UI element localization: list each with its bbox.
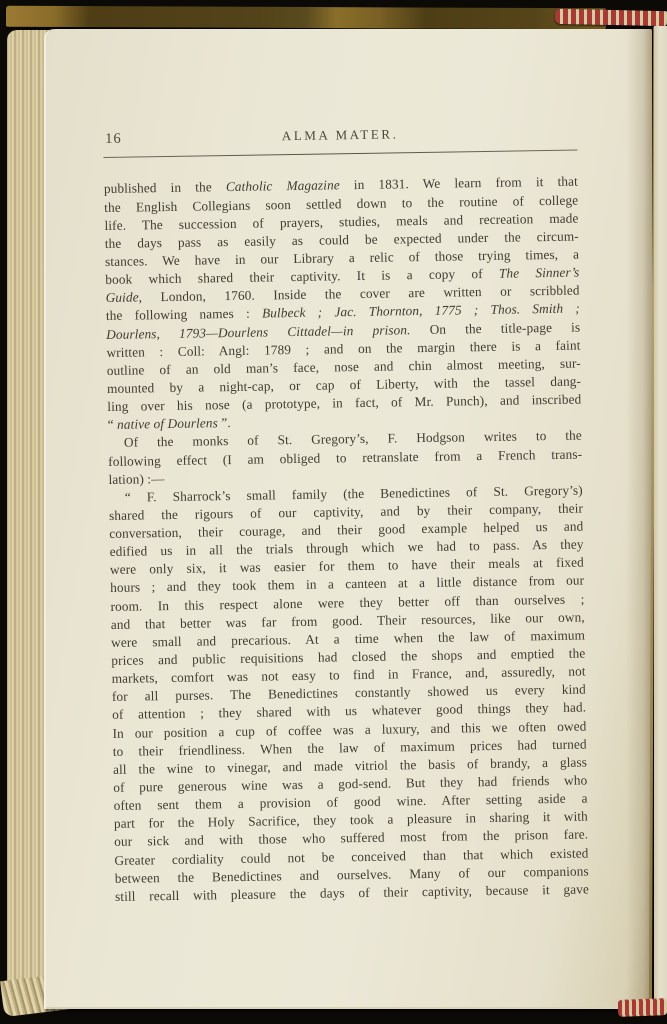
page-header: 16 ALMA MATER. (103, 122, 577, 149)
running-header: ALMA MATER. (103, 124, 577, 147)
next-page-edge (654, 26, 667, 1012)
photo-background: { "book_photo": { "page_number": "16", "… (0, 0, 667, 1024)
book-cover-edge (6, 6, 606, 30)
page-content: 16 ALMA MATER. published in the Catholic… (103, 122, 589, 906)
page-edge-stack (7, 30, 49, 1004)
italic-text: Guide (106, 290, 139, 306)
body-text: lation) :— (108, 471, 164, 487)
italic-text: The Sinner’s (499, 265, 580, 281)
endband-bottom (618, 998, 667, 1017)
body-text: the following names : (106, 306, 262, 323)
body-text: in 1831. We learn from it that (340, 174, 578, 193)
italic-text: native of Dourlens (117, 415, 218, 432)
body-text: On the title-page is (410, 319, 580, 337)
italic-text: Dourlens, 1793—Dourlens Cittadel—in pris… (106, 322, 411, 342)
body-text: ”. (218, 415, 231, 430)
text-block: published in the Catholic Magazine in 18… (104, 173, 589, 906)
book-photo: 16 ALMA MATER. published in the Catholic… (0, 0, 667, 1024)
italic-text: Bulbeck ; Jac. Thornton, 1775 ; Thos. Sm… (262, 301, 580, 321)
body-text: published in the (104, 179, 226, 196)
gutter-shadow (626, 29, 652, 1007)
book-page: 16 ALMA MATER. published in the Catholic… (46, 29, 652, 1009)
italic-text: Catholic Magazine (226, 178, 340, 195)
endband-top (555, 9, 667, 26)
header-rule (103, 150, 577, 159)
